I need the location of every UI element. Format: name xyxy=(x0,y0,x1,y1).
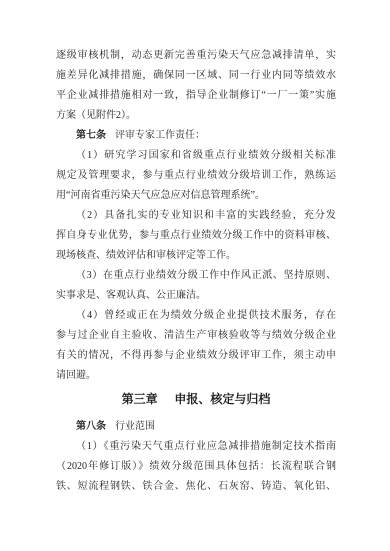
body-line: （3）在重点行业绩效分级工作中作风正派、坚持原则、 xyxy=(56,266,336,286)
body-line: （1）研究学习国家和省级重点行业绩效分级相关标准 xyxy=(56,146,336,166)
body-line: （4）曾经或正在为绩效分级企业提供技术服务，存在 xyxy=(56,306,336,326)
body-line: 请回避。 xyxy=(56,366,336,386)
body-line: 施差异化减排措施，确保同一区域、同一行业内同等绩效水 xyxy=(56,66,336,86)
body-line: 规定及管理要求，参与重点行业绩效分级培训工作，熟练运 xyxy=(56,166,336,186)
body-line: 方案（见附件2）。 xyxy=(56,106,336,126)
article-7-label: 第七条 xyxy=(76,130,106,141)
body-line: 参与过企业自主验收、清洁生产审核验收等与绩效分级企业 xyxy=(56,326,336,346)
article-8-heading: 第八条行业范围 xyxy=(56,417,336,437)
article-8-label: 第八条 xyxy=(76,421,106,432)
document-page: 逐级审核机制，动态更新完善重污染天气应急减排清单，实 施差异化减排措施，确保同一… xyxy=(0,0,390,551)
page-content: 逐级审核机制，动态更新完善重污染天气应急减排清单，实 施差异化减排措施，确保同一… xyxy=(56,46,336,497)
body-line: 实事求是、客观认真、公正廉洁。 xyxy=(56,286,336,306)
article-8-title: 行业范围 xyxy=(115,421,155,432)
body-line: 有关的情况，不得再参与企业绩效分级评审工作，须主动申 xyxy=(56,346,336,366)
body-line: 铁、短流程钢铁、铁合金、焦化、石灰窑、铸造、氧化铝、 xyxy=(56,477,336,497)
body-line: 用“河南省重污染天气应急应对信息管理系统”。 xyxy=(56,186,336,206)
body-line: 逐级审核机制，动态更新完善重污染天气应急减排清单，实 xyxy=(56,46,336,66)
chapter-3-heading: 第三章申报、核定与归档 xyxy=(56,389,336,409)
body-line: （1）《重污染天气重点行业应急减排措施制定技术指南 xyxy=(56,437,336,457)
article-7-heading: 第七条评审专家工作责任： xyxy=(56,126,336,146)
body-line: （2020年修订版）》绩效分级范围具体包括：长流程联合钢 xyxy=(56,457,336,477)
chapter-3-label: 第三章 xyxy=(122,392,158,406)
chapter-3-title: 申报、核定与归档 xyxy=(174,392,270,406)
article-7-title: 评审专家工作责任： xyxy=(115,130,205,141)
body-line: 平企业减排措施相对一致，指导企业制修订“一厂一策”实施 xyxy=(56,86,336,106)
body-line: 挥自身专业优势，参与重点行业绩效分级工作中的资料审核、 xyxy=(56,226,336,246)
body-line: （2）具备扎实的专业知识和丰富的实践经验，充分发 xyxy=(56,206,336,226)
body-line: 现场核查、绩效评估和审核评定等工作。 xyxy=(56,246,336,266)
